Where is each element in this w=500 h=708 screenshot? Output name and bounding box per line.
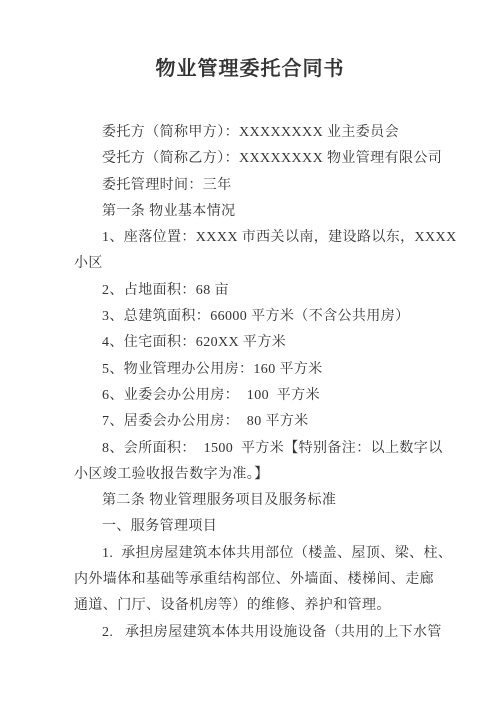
text-line: 第一条 物业基本情况	[74, 199, 472, 225]
text-line: 5、物业管理办公用房：160 平方米	[74, 357, 472, 383]
document-title: 物业管理委托合同书	[0, 55, 500, 83]
text-line: 委托管理时间：三年	[74, 173, 472, 199]
text-line: 4、住宅面积：620XX 平方米	[74, 330, 472, 356]
text-line: 内外墙体和基础等承重结构部位、外墙面、楼梯间、走廊	[74, 567, 472, 593]
text-line: 小区竣工验收报告数字为准。】	[74, 462, 472, 488]
text-line: 第二条 物业管理服务项目及服务标准	[74, 488, 472, 514]
text-line: 通道、门厅、设备机房等）的维修、养护和管理。	[74, 593, 472, 619]
text-line: 8、会所面积： 1500 平方米【特别备注：以上数字以	[74, 436, 472, 462]
text-line: 2. 承担房屋建筑本体共用设施设备（共用的上下水管	[74, 620, 472, 646]
document-page: 物业管理委托合同书 委托方（简称甲方）：XXXXXXXX 业主委员会受托方（简称…	[0, 0, 500, 708]
text-line: 1、座落位置：XXXX 市西关以南，建设路以东，XXXX	[74, 225, 472, 251]
text-line: 2、占地面积：68 亩	[74, 278, 472, 304]
text-line: 3、总建筑面积：66000 平方米（不含公共用房）	[74, 304, 472, 330]
text-line: 一、服务管理项目	[74, 514, 472, 540]
text-line: 受托方（简称乙方）：XXXXXXXX 物业管理有限公司	[74, 146, 472, 172]
text-line: 小区	[74, 251, 472, 277]
text-line: 1. 承担房屋建筑本体共用部位（楼盖、屋顶、梁、柱、	[74, 541, 472, 567]
document-body: 委托方（简称甲方）：XXXXXXXX 业主委员会受托方（简称乙方）：XXXXXX…	[0, 120, 500, 646]
text-line: 6、业委会办公用房： 100 平方米	[74, 383, 472, 409]
text-line: 委托方（简称甲方）：XXXXXXXX 业主委员会	[74, 120, 472, 146]
text-line: 7、居委会办公用房： 80 平方米	[74, 409, 472, 435]
